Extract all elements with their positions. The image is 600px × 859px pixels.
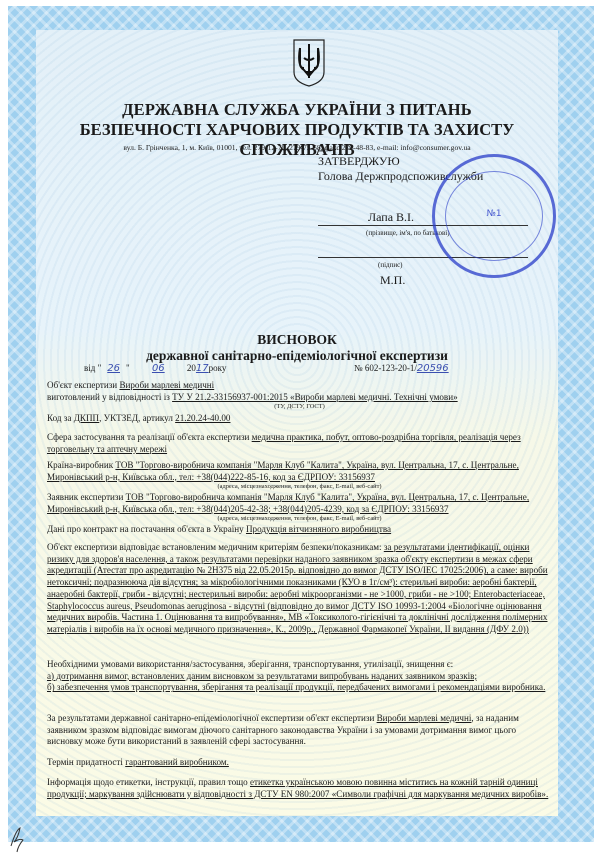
field-shelf-life: Термін придатності гарантований виробник…: [47, 757, 552, 769]
date-month: 06: [132, 363, 185, 374]
field-code: Код за ДКПП, УКТЗЕД, артикул 21.20.24-40…: [47, 413, 552, 425]
made-value: ТУ У 21.2-33156937-001:2015 «Вироби марл…: [172, 392, 458, 402]
agency-address: вул. Б. Грінченка, 1, м. Київ, 01001, те…: [36, 143, 558, 152]
applicant-label: Заявник експертизи: [47, 492, 126, 502]
field-criteria: Об'єкт експертизи відповідає встановлени…: [47, 542, 552, 636]
country-label: Країна-виробник: [47, 460, 115, 470]
trident-coat-of-arms-icon: [292, 38, 326, 88]
handwritten-initials-icon: [8, 824, 28, 854]
country-hint: (адреса, місцезнаходження, телефон, факс…: [47, 483, 552, 491]
date-mid: ": [126, 363, 130, 373]
number-handwritten: 20596: [417, 363, 449, 374]
date-year: 17: [196, 363, 209, 374]
country-value: ТОВ "Торгово-виробнича компанія "Марля К…: [47, 460, 519, 482]
date-day: 26: [101, 363, 126, 374]
document-subtitle: державної санітарно-епідеміологічної екс…: [36, 348, 558, 364]
date-year-prefix: 20: [187, 363, 196, 373]
field-label-info: Інформація щодо етикетки, інструкції, пр…: [47, 777, 552, 800]
made-hint: (ТУ, ДСТУ, ГОСТ): [47, 403, 552, 411]
contract-value: Продукція вітчизняного виробництва: [246, 524, 391, 534]
date-number-row: від "26" 06 2017року № 602-123-20-1/2059…: [84, 363, 554, 374]
object-value: Вироби марлеві медичні: [119, 380, 214, 390]
conditions-label: Необхідними умовами використання/застосу…: [47, 659, 552, 671]
made-label: виготовлений у відповідності із: [47, 392, 172, 402]
field-country: Країна-виробник ТОВ "Торгово-виробнича к…: [47, 460, 552, 491]
field-conclusion: За результатами державної санітарно-епід…: [47, 713, 552, 748]
field-contract: Дані про контракт на постачання об'єкта …: [47, 524, 552, 536]
conclusion-pre: За результатами державної санітарно-епід…: [47, 713, 377, 723]
criteria-value: за результатами ідентифікації, оцінки ри…: [47, 542, 548, 634]
conditions-b: б) забезпечення умов транспортування, зб…: [47, 682, 552, 694]
code-label: Код за: [47, 413, 74, 423]
scope-label: Сфера застосування та реалізації об'єкта…: [47, 432, 252, 442]
document-title: ВИСНОВОК: [36, 332, 558, 348]
conditions-a: а) дотримання вимог, встановлених даним …: [47, 671, 552, 683]
criteria-label: Об'єкт експертизи відповідає встановлени…: [47, 542, 384, 552]
shelf-value: гарантований виробником.: [125, 757, 229, 767]
date-suffix: року: [209, 363, 227, 373]
code-value: 21.20.24-40.00: [175, 413, 230, 423]
date-prefix: від ": [84, 363, 101, 373]
conclusion-object: Вироби марлеві медичні: [377, 713, 472, 723]
stamp-number: №1: [435, 209, 553, 219]
applicant-hint: (адреса, місцезнаходження, телефон, факс…: [47, 515, 552, 523]
field-conditions: Необхідними умовами використання/застосу…: [47, 659, 552, 694]
label-info-label: Інформація щодо етикетки, інструкції, пр…: [47, 777, 250, 787]
certificate-sheet: ДЕРЖАВНА СЛУЖБА УКРАЇНИ З ПИТАНЬ БЕЗПЕЧН…: [36, 30, 558, 816]
contract-label: Дані про контракт на постачання об'єкта …: [47, 524, 246, 534]
field-applicant: Заявник експертизи ТОВ "Торгово-виробнич…: [47, 492, 552, 523]
field-object: Об'єкт експертизи Вироби марлеві медичні…: [47, 380, 552, 411]
document-number: № 602-123-20-1/20596: [354, 363, 449, 374]
official-stamp: №1: [432, 154, 556, 278]
code-dkpp: ДКПП: [74, 413, 99, 423]
number-prefix: № 602-123-20-1/: [354, 363, 417, 373]
agency-name-line1: ДЕРЖАВНА СЛУЖБА УКРАЇНИ З ПИТАНЬ: [36, 100, 558, 120]
field-scope: Сфера застосування та реалізації об'єкта…: [47, 432, 552, 455]
object-label: Об'єкт експертизи: [47, 380, 119, 390]
code-mid: , УКТЗЕД, артикул: [99, 413, 175, 423]
shelf-label: Термін придатності: [47, 757, 125, 767]
